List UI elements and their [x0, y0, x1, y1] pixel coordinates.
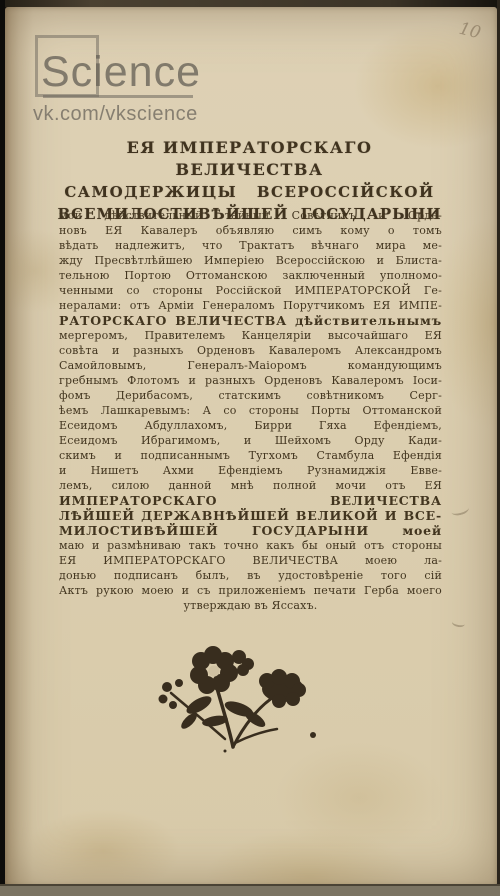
floral-bouquet-ornament [155, 643, 325, 755]
body-line: гребнымъ Флотомъ и разныхъ Орденовъ Кава… [59, 373, 442, 388]
watermark-url: vk.com/vkscience [33, 103, 198, 126]
body-line: нералами: отъ Арміи Генераломъ Порутчико… [59, 298, 442, 313]
body-line: вѣдать надлежитъ, что Трактатъ вѣчнаго м… [59, 238, 442, 253]
body-line: маю и размѣниваю такъ точно какъ бы оный… [59, 538, 442, 553]
body-line: лемъ, силою данной мнѣ полной мочи отъ Е… [59, 478, 442, 493]
pencil-mark [451, 618, 465, 628]
body-line: ченными со стороны Россійской ИМПЕРАТОРС… [59, 283, 442, 298]
body-line: тельною Портою Оттоманскою заключенный у… [59, 268, 442, 283]
body-line: совѣта и разныхъ Орденовъ Кавалеромъ Але… [59, 343, 442, 358]
body-line: Есеидомъ Абдуллахомъ, Бирри Гяха Ефендіе… [59, 418, 442, 433]
body-line: фомъ Дерибасомъ, статскимъ совѣтникомъ С… [59, 388, 442, 403]
heading-line-1: ЕЯ ИМПЕРАТОРСКАГО ВЕЛИЧЕСТВА [50, 137, 449, 181]
scanned-photo: Science vk.com/vkscience 10 ЕЯ ИМПЕРАТОР… [0, 0, 500, 896]
body-line: РАТОРСКАГО ВЕЛИЧЕСТВА дѣйствительнымъ Ка… [59, 313, 442, 328]
photo-edge-bottom [0, 884, 500, 896]
body-line: ЕЯ ИМПЕРАТОРСКАГО ВЕЛИЧЕСТВА моею ла- [59, 553, 442, 568]
body-line: МИЛОСТИВѢЙШЕЙ ГОСУДАРЫНИ моей прини- [59, 523, 442, 538]
body-line: жду Пресвѣтлѣйшею Имперіею Всероссійскою… [59, 253, 442, 268]
pencil-mark [450, 503, 470, 517]
body-line: донью подписанъ былъ, въ удостовѣреніе т… [59, 568, 442, 583]
body-line: скимъ и подписаннымъ Тугхомъ Стамбула Еф… [59, 448, 442, 463]
handwritten-page-number: 10 [457, 19, 483, 44]
body-line: ЛѢЙШЕЙ ДЕРЖАВНѢЙШЕЙ ВЕЛИКОЙ И ВСЕ- [59, 508, 442, 523]
watermark-underline [43, 95, 193, 98]
body-line: Есеидомъ Ибрагимомъ, и Шейхомъ Орду Кади… [59, 433, 442, 448]
body-line: мой дѣйствительный тайный Совѣтникъ и Ор… [59, 208, 442, 223]
document-page: Science vk.com/vkscience 10 ЕЯ ИМПЕРАТОР… [5, 7, 497, 886]
body-line: ѣемъ Лашкаревымъ: А со стороны Порты Отт… [59, 403, 442, 418]
body-line: мергеромъ, Правителемъ Канцеляріи высоча… [59, 328, 442, 343]
photo-edge-top [0, 0, 500, 7]
body-line: Актъ рукою моею и съ приложеніемъ печати… [59, 583, 442, 598]
body-line: Самойловымъ, Генералъ-Маіоромъ командующ… [59, 358, 442, 373]
body-line: новъ ЕЯ Кавалеръ объявляю симъ кому о то… [59, 223, 442, 238]
body-line: и Нишетъ Ахми Ефендіемъ Рузнамиджія Евве… [59, 463, 442, 478]
watermark-brand: Science [41, 51, 201, 94]
heading-line-2: САМОДЕРЖИЦЫ ВСЕРОССІЙСКОЙ [50, 181, 449, 203]
body-line: ИМПЕРАТОРСКАГО ВЕЛИЧЕСТВА ВСЕПРЕСВѢТ- [59, 493, 442, 508]
body-paragraph: мой дѣйствительный тайный Совѣтникъ и Ор… [59, 208, 442, 613]
closing-line: утверждаю въ Яссахъ. [59, 598, 442, 613]
